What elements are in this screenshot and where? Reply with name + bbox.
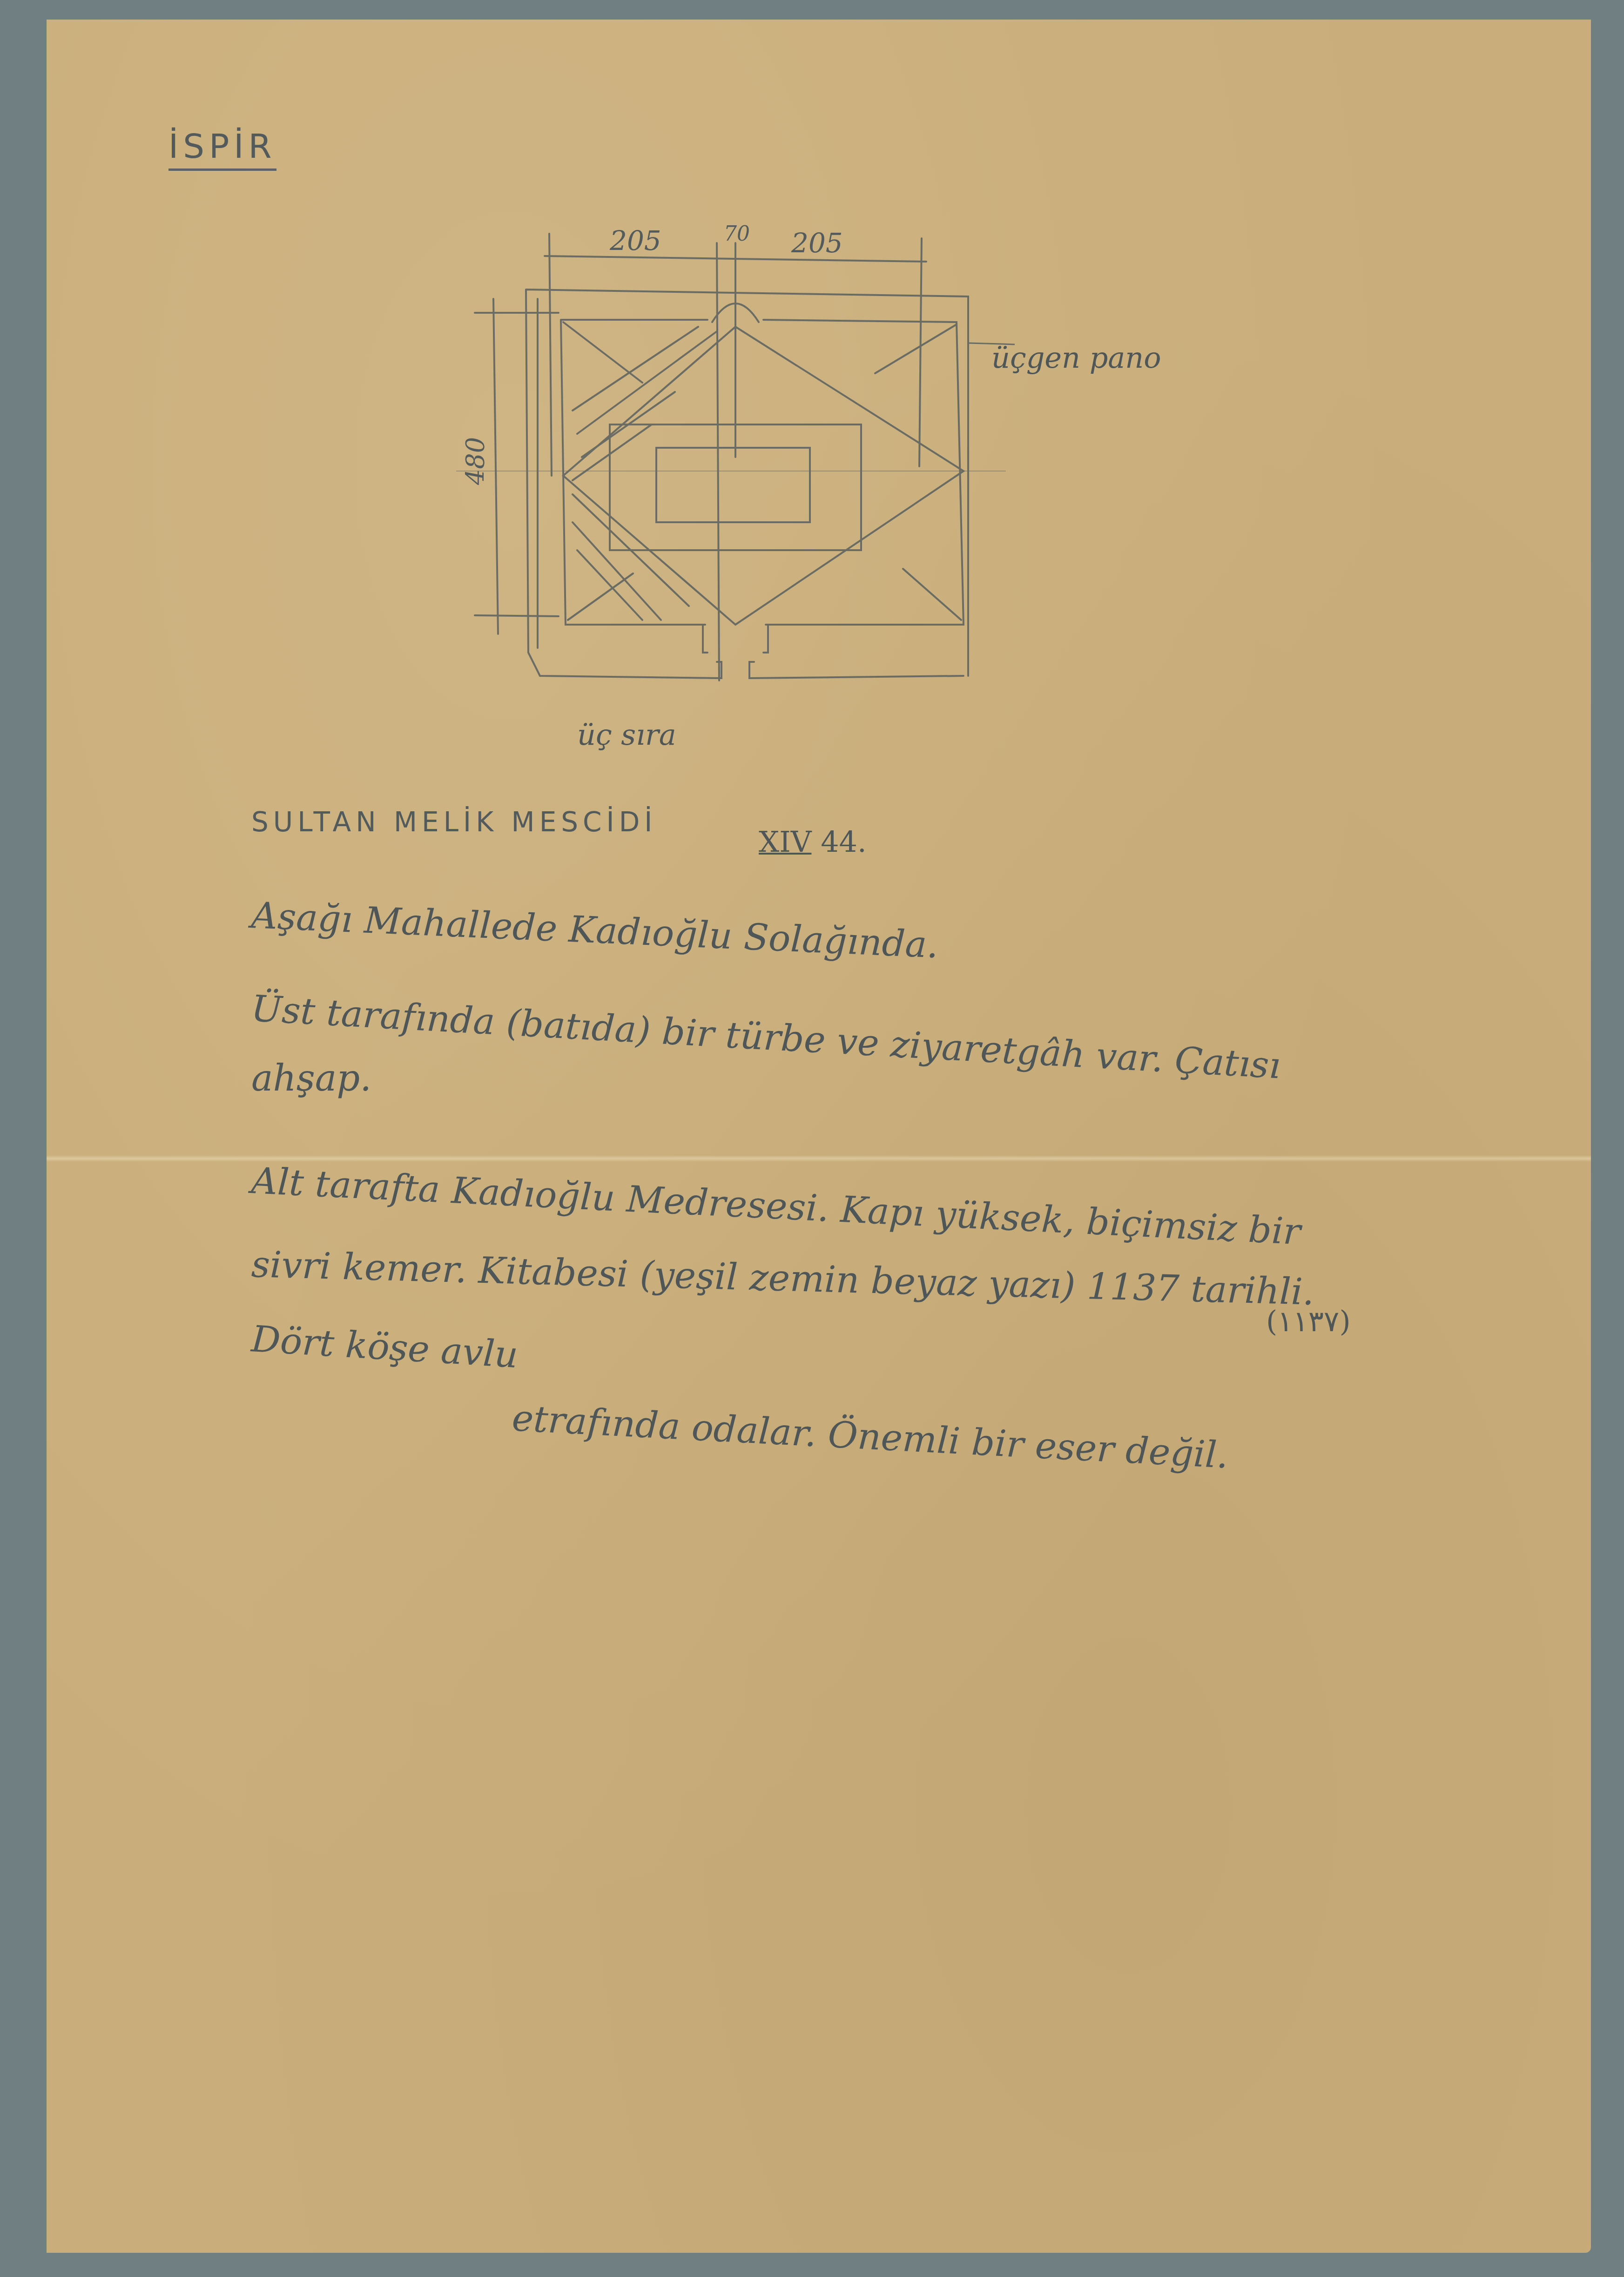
paper-sheet: İSPİR <box>47 20 1591 2253</box>
dimension-right-bay: 205 <box>791 227 843 259</box>
century-number: 44. <box>821 825 867 859</box>
label-three-rows: üç sıra <box>577 718 676 752</box>
monument-title: SULTAN MELİK MESCİDİ <box>251 806 657 838</box>
dimension-center: 70 <box>724 222 750 246</box>
note-line-6a: Dört köşe avlu <box>250 1318 519 1376</box>
century-note: XIV 44. <box>759 825 867 859</box>
century-roman: XIV <box>759 825 811 859</box>
place-heading: İSPİR <box>168 127 276 171</box>
note-line-3: ahşap. <box>251 1058 371 1099</box>
note-line-4: Alt tarafta Kadıoğlu Medresesi. Kapı yük… <box>250 1160 1301 1253</box>
dimension-left-bay: 205 <box>609 225 661 256</box>
note-line-1: Aşağı Mahallede Kadıoğlu Solağında. <box>250 895 939 966</box>
note-line-5: sivri kemer. Kitabesi (yeşil zemin beyaz… <box>251 1244 1315 1314</box>
note-line-6b: etrafında odalar. Önemli bir eser değil. <box>511 1397 1229 1477</box>
label-triangle-panel: üçgen pano <box>991 341 1161 375</box>
floor-plan-sketch: 205 70 205 480 <box>456 215 1015 727</box>
dimension-depth: 480 <box>461 437 490 485</box>
hijri-date-numeral: (١١٣٧) <box>1266 1304 1351 1338</box>
note-line-2: Üst tarafında (batıda) bir türbe ve ziya… <box>250 988 1281 1087</box>
